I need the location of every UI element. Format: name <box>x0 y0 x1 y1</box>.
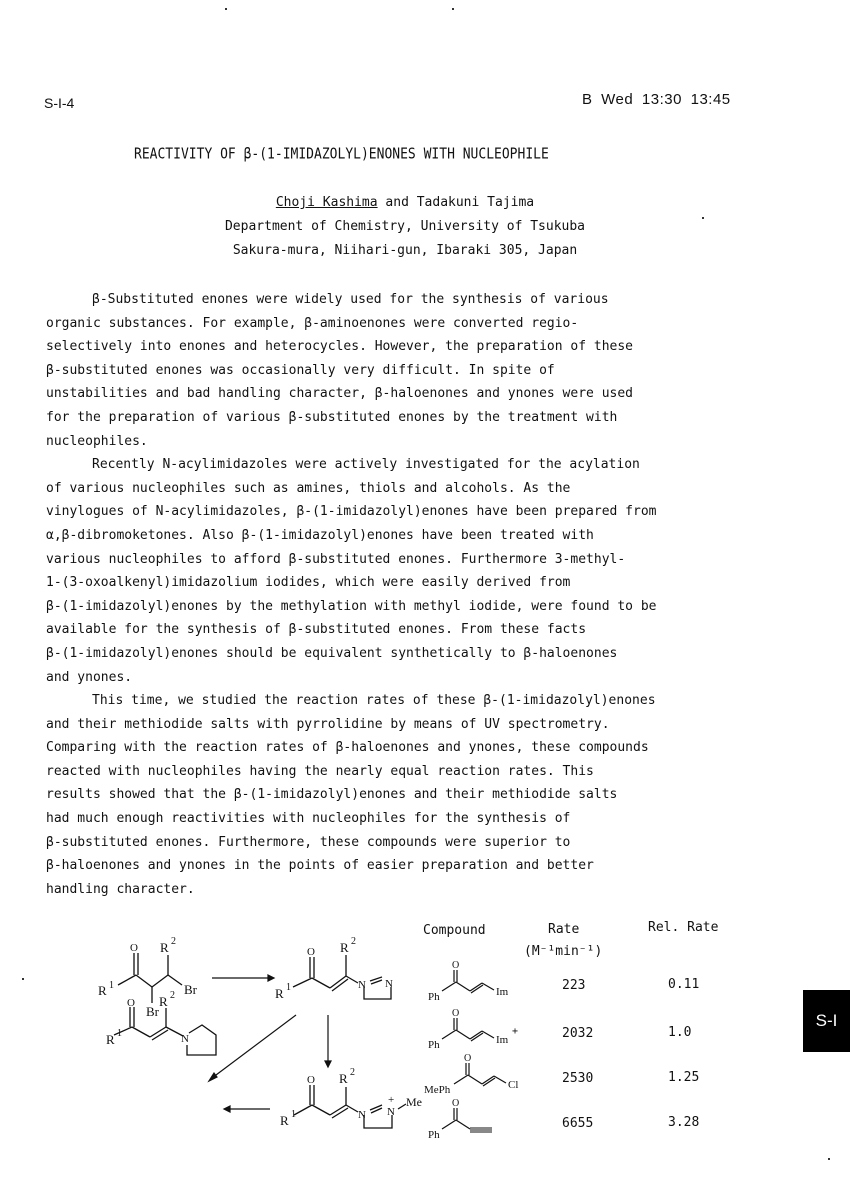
body-line: available for the synthesis of β-substit… <box>46 618 766 643</box>
svg-text:R: R <box>159 994 168 1009</box>
abstract-body: β-Substituted enones were widely used fo… <box>46 288 766 901</box>
rel-rate-value: 1.0 <box>668 1025 691 1040</box>
svg-text:O: O <box>452 1008 459 1019</box>
body-line: Comparing with the reaction rates of β-h… <box>46 736 766 761</box>
scan-speck <box>702 217 704 219</box>
presenting-author: Choji Kashima <box>276 195 378 210</box>
body-line: β-substituted enones was occasionally ve… <box>46 358 766 383</box>
svg-text:R: R <box>339 1071 348 1086</box>
scan-speck <box>225 8 227 10</box>
body-line: Recently N-acylimidazoles were actively … <box>46 453 766 478</box>
scan-speck <box>828 1158 830 1160</box>
rel-rate-value: 3.28 <box>668 1115 699 1130</box>
body-line: and ynones. <box>46 665 766 690</box>
svg-text:N: N <box>385 978 393 990</box>
svg-text:O: O <box>452 1098 459 1109</box>
svg-text:Br: Br <box>146 1004 160 1019</box>
body-line: This time, we studied the reaction rates… <box>46 689 766 714</box>
arrow-right-icon <box>212 975 274 981</box>
body-line: 1-(3-oxoalkenyl)imidazolium iodides, whi… <box>46 571 766 596</box>
rate-table: Compound Rate (M⁻¹min⁻¹) Rel. Rate OPhIm… <box>420 918 760 1178</box>
body-line: and their methiodide salts with pyrrolid… <box>46 712 766 737</box>
compound-structure: OPh <box>420 1096 530 1140</box>
body-line: nucleophiles. <box>46 429 766 454</box>
svg-text:Br: Br <box>184 982 198 997</box>
svg-text:1: 1 <box>291 1109 296 1120</box>
body-line: α,β-dibromoketones. Also β-(1-imidazolyl… <box>46 523 766 548</box>
compound-structure: OMePhCl <box>420 1051 530 1095</box>
svg-text:O: O <box>127 997 135 1009</box>
svg-text:N: N <box>358 1109 366 1121</box>
reaction-scheme: R1 O R2 Br Br R1 O R2 N N <box>90 915 430 1185</box>
session-id: S-I-4 <box>44 95 74 111</box>
affiliation-department: Department of Chemistry, University of T… <box>0 219 810 234</box>
svg-text:Ph: Ph <box>428 991 440 1002</box>
imidazolyl-enone-structure <box>293 955 391 999</box>
body-line: reacted with nucleophiles having the nea… <box>46 759 766 784</box>
svg-text:2: 2 <box>171 936 176 947</box>
body-line: β-Substituted enones were widely used fo… <box>46 287 766 312</box>
svg-text:N: N <box>387 1106 395 1118</box>
header-compound: Compound <box>423 923 486 938</box>
scan-speck <box>22 978 24 980</box>
rate-value: 6655 <box>562 1116 593 1131</box>
svg-text:R: R <box>280 1113 289 1128</box>
header-rate: Rate <box>548 922 579 937</box>
svg-text:R: R <box>160 940 169 955</box>
rate-value: 2530 <box>562 1071 593 1086</box>
body-line: selectively into enones and heterocycles… <box>46 335 766 360</box>
body-line: β-(1-imidazolyl)enones should be equival… <box>46 641 766 666</box>
svg-text:R: R <box>98 983 107 998</box>
co-authors: and Tadakuni Tajima <box>378 195 535 210</box>
body-line: β-(1-imidazolyl)enones by the methylatio… <box>46 594 766 619</box>
arrow-diagonal-icon <box>209 1015 296 1081</box>
body-line: β-haloenones and ynones in the points of… <box>46 854 766 879</box>
body-line: organic substances. For example, β-amino… <box>46 311 766 336</box>
session-time: B Wed 13:30 13:45 <box>582 91 731 108</box>
svg-text:1: 1 <box>109 980 114 991</box>
svg-text:2: 2 <box>351 936 356 947</box>
svg-text:Im: Im <box>496 986 509 998</box>
arrow-down-icon <box>325 1015 331 1067</box>
rel-rate-value: 1.25 <box>668 1070 699 1085</box>
svg-text:O: O <box>130 942 138 954</box>
section-tab: S-I <box>803 990 850 1052</box>
svg-text:O: O <box>307 946 315 958</box>
body-line: handling character. <box>46 877 766 902</box>
compound-structure: OPhIm <box>420 958 530 1002</box>
svg-text:2: 2 <box>170 990 175 1001</box>
svg-text:O: O <box>452 960 459 971</box>
svg-text:O: O <box>464 1053 471 1064</box>
svg-text:+: + <box>512 1026 518 1037</box>
arrow-left-icon <box>224 1106 270 1112</box>
svg-text:Im: Im <box>496 1034 509 1046</box>
svg-text:R: R <box>340 940 349 955</box>
svg-text:1: 1 <box>117 1028 122 1039</box>
author-line: Choji Kashima and Tadakuni Tajima <box>0 195 810 210</box>
svg-text:MePh: MePh <box>424 1084 451 1095</box>
body-line: unstabilities and bad handling character… <box>46 382 766 407</box>
body-line: various nucleophiles to afford β-substit… <box>46 547 766 572</box>
body-line: for the preparation of various β-substit… <box>46 405 766 430</box>
svg-text:+: + <box>388 1094 394 1106</box>
body-line: β-substituted enones. Furthermore, these… <box>46 830 766 855</box>
pyrrolidinyl-enone-structure <box>114 1007 216 1055</box>
header-rel-rate: Rel. Rate <box>648 920 718 935</box>
svg-text:N: N <box>358 979 366 991</box>
svg-text:N: N <box>181 1033 189 1045</box>
rate-value: 223 <box>562 978 585 993</box>
svg-text:R: R <box>275 986 284 1001</box>
rel-rate-value: 0.11 <box>668 977 699 992</box>
svg-text:1: 1 <box>286 982 291 993</box>
svg-text:2: 2 <box>350 1067 355 1078</box>
svg-text:Ph: Ph <box>428 1039 440 1050</box>
body-line: had much enough reactivities with nucleo… <box>46 806 766 831</box>
svg-text:Ph: Ph <box>428 1129 440 1140</box>
compound-structure: OPhIm+ <box>420 1006 530 1050</box>
svg-text:R: R <box>106 1032 115 1047</box>
body-line: of various nucleophiles such as amines, … <box>46 476 766 501</box>
body-line: vinylogues of N-acylimidazoles, β-(1-imi… <box>46 500 766 525</box>
svg-text:Cl: Cl <box>508 1079 518 1091</box>
body-line: results showed that the β-(1-imidazolyl)… <box>46 783 766 808</box>
affiliation-address: Sakura-mura, Niihari-gun, Ibaraki 305, J… <box>0 243 810 258</box>
svg-text:O: O <box>307 1074 315 1086</box>
scan-speck <box>452 8 454 10</box>
rate-value: 2032 <box>562 1026 593 1041</box>
paper-title: REACTIVITY OF β-(1-IMIDAZOLYL)ENONES WIT… <box>134 146 549 163</box>
header-rate-unit: (M⁻¹min⁻¹) <box>524 944 602 959</box>
